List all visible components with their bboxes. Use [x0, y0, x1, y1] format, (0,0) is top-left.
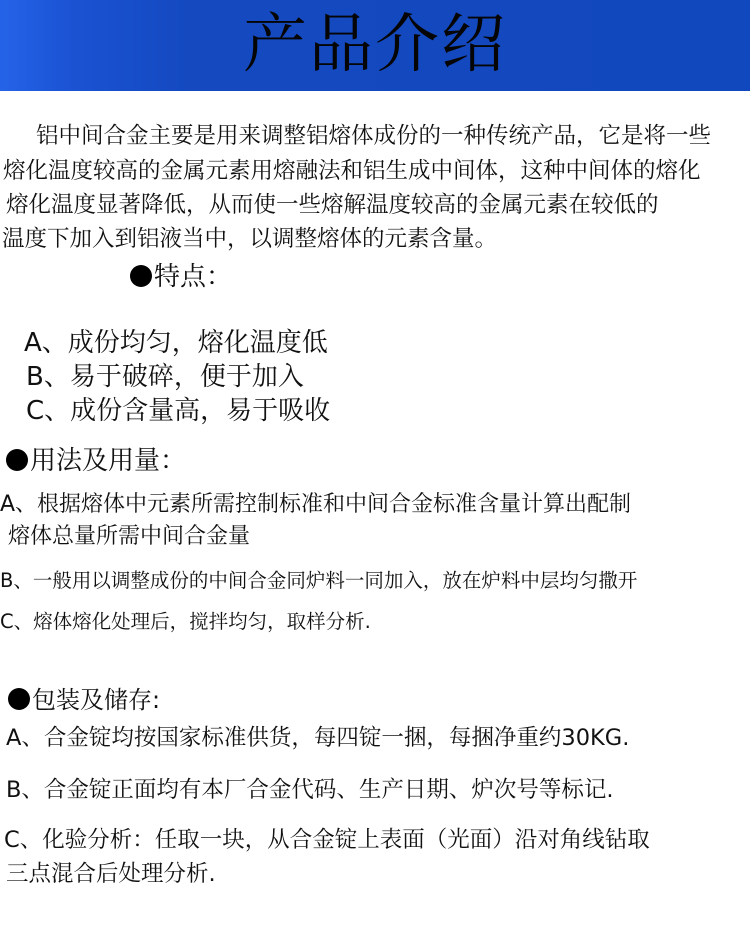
packaging-item-b: B、合金锭正面均有本厂合金代码、生产日期、炉次号等标记. — [6, 772, 614, 804]
intro-line-1: 铝中间合金主要是用来调整铝熔体成份的一种传统产品，它是将一些 — [36, 119, 711, 153]
bullet-icon — [8, 688, 30, 710]
usage-heading: 用法及用量： — [6, 440, 186, 477]
feature-item-b: B、易于破碎，便于加入 — [26, 356, 304, 393]
features-heading-text: 特点： — [154, 262, 232, 292]
usage-item-a: A、根据熔体中元素所需控制标准和中间合金标准含量计算出配制 — [0, 487, 631, 518]
bullet-icon — [6, 449, 28, 471]
usage-item-a-cont: 熔体总量所需中间合金量 — [8, 519, 250, 550]
packaging-item-c-cont: 三点混合后处理分析. — [6, 856, 216, 888]
packaging-item-c: C、化验分析：任取一块，从合金锭上表面（光面）沿对角线钻取 — [4, 822, 650, 854]
features-heading: 特点： — [130, 256, 232, 293]
intro-line-2: 熔化温度较高的金属元素用熔融法和铝生成中间体，这种中间体的熔化 — [3, 154, 701, 188]
usage-item-b: B、一般用以调整成份的中间合金同炉料一同加入，放在炉料中层均匀撒开 — [0, 565, 637, 593]
packaging-heading-text: 包装及储存: — [32, 686, 160, 714]
packaging-item-a: A、合金锭均按国家标准供货，每四锭一捆，每捆净重约30KG. — [6, 720, 629, 752]
feature-item-a: A、成份均匀，熔化温度低 — [24, 322, 328, 359]
feature-item-c: C、成份含量高，易于吸收 — [26, 390, 330, 427]
usage-heading-text: 用法及用量： — [30, 446, 186, 476]
intro-line-3: 熔化温度显著降低，从而使一些熔解温度较高的金属元素在较低的 — [6, 188, 659, 222]
intro-line-4: 温度下加入到铝液当中，以调整熔体的元素含量。 — [2, 222, 497, 256]
bullet-icon — [130, 265, 152, 287]
page-title: 产品介绍 — [0, 6, 750, 84]
packaging-heading: 包装及储存: — [8, 680, 160, 715]
header-banner: 产品介绍 — [0, 0, 750, 91]
usage-item-c: C、熔体熔化处理后，搅拌均匀，取样分析. — [0, 606, 371, 634]
